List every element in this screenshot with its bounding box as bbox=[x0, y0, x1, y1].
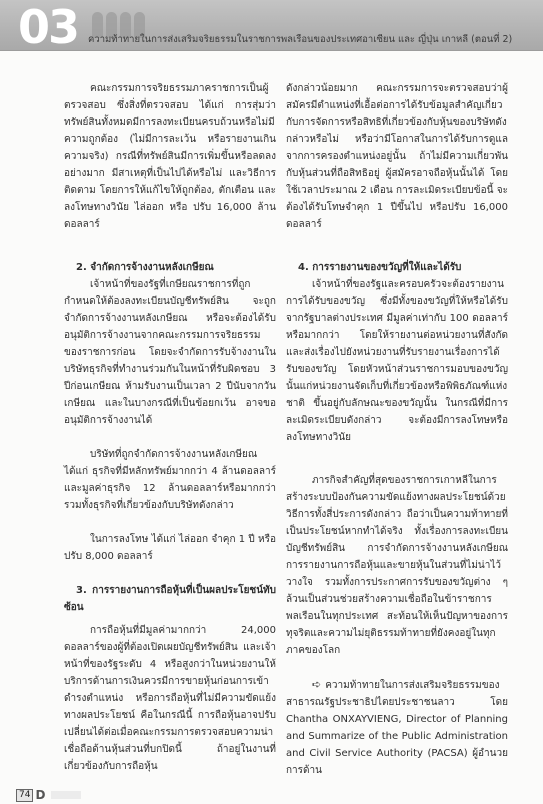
section-2-heading: 2. จำกัดการจ้างงานหลังเกษียณ bbox=[64, 259, 276, 276]
page-footer: 74 D bbox=[16, 788, 81, 802]
page-number: 74 bbox=[16, 789, 33, 802]
right-column: ดังกล่าวน้อยมาก คณะกรรมการจะตรวจสอบว่าผู… bbox=[286, 80, 508, 779]
section-2-paragraph-1: เจ้าหน้าที่ของรัฐที่เกษียณราชการที่ถูกกำ… bbox=[64, 276, 276, 429]
continued-paragraph: ดังกล่าวน้อยมาก คณะกรรมการจะตรวจสอบว่าผู… bbox=[286, 80, 508, 233]
section-4-paragraph-1: เจ้าหน้าที่ของรัฐและครอบครัวจะต้องรายงาน… bbox=[286, 276, 508, 446]
section-3-heading: 3. การรายงานการถือหุ้นที่เป็นผลประโยชน์ท… bbox=[64, 582, 276, 616]
footer-tag bbox=[51, 791, 81, 799]
section-2-paragraph-3: ในการลงโทษ ได้แก่ ไล่ออก จำคุก 1 ปี หรือ… bbox=[64, 531, 276, 565]
left-column: คณะกรรมการจริยธรรมภาคราชการเป็นผู้ตรวจสอ… bbox=[64, 80, 276, 775]
next-section-teaser: ➪ความท้าทายในการส่งเสริมจริยธรรมของสาธาร… bbox=[286, 676, 508, 779]
arrow-right-icon: ➪ bbox=[312, 678, 321, 691]
section-3-paragraph-1: การถือหุ้นที่มีมูลค่ามากกว่า 24,000 ดอลล… bbox=[64, 622, 276, 775]
intro-paragraph: คณะกรรมการจริยธรรมภาคราชการเป็นผู้ตรวจสอ… bbox=[64, 80, 276, 233]
section-2-paragraph-2: บริษัทที่ถูกจำกัดการจ้างงานหลังเกษียณ ได… bbox=[64, 446, 276, 514]
section-4-heading: 4. การรายงานของขวัญที่ให้และได้รับ bbox=[286, 259, 508, 276]
next-section-text: ความท้าทายในการส่งเสริมจริยธรรมของสาธารณ… bbox=[286, 680, 508, 776]
chapter-number: 03 bbox=[18, 4, 78, 50]
page-letter: D bbox=[35, 788, 45, 802]
article-body: คณะกรรมการจริยธรรมภาคราชการเป็นผู้ตรวจสอ… bbox=[64, 80, 534, 760]
chapter-title: ความท้าทายในการส่งเสริมจริยธรรมในราชการพ… bbox=[88, 34, 512, 46]
page-header: 03 ความท้าทายในการส่งเสริมจริยธรรมในราชก… bbox=[0, 0, 543, 51]
summary-paragraph: ภารกิจสำคัญที่สุดของราชการเกาหลีในการสร้… bbox=[286, 472, 508, 659]
